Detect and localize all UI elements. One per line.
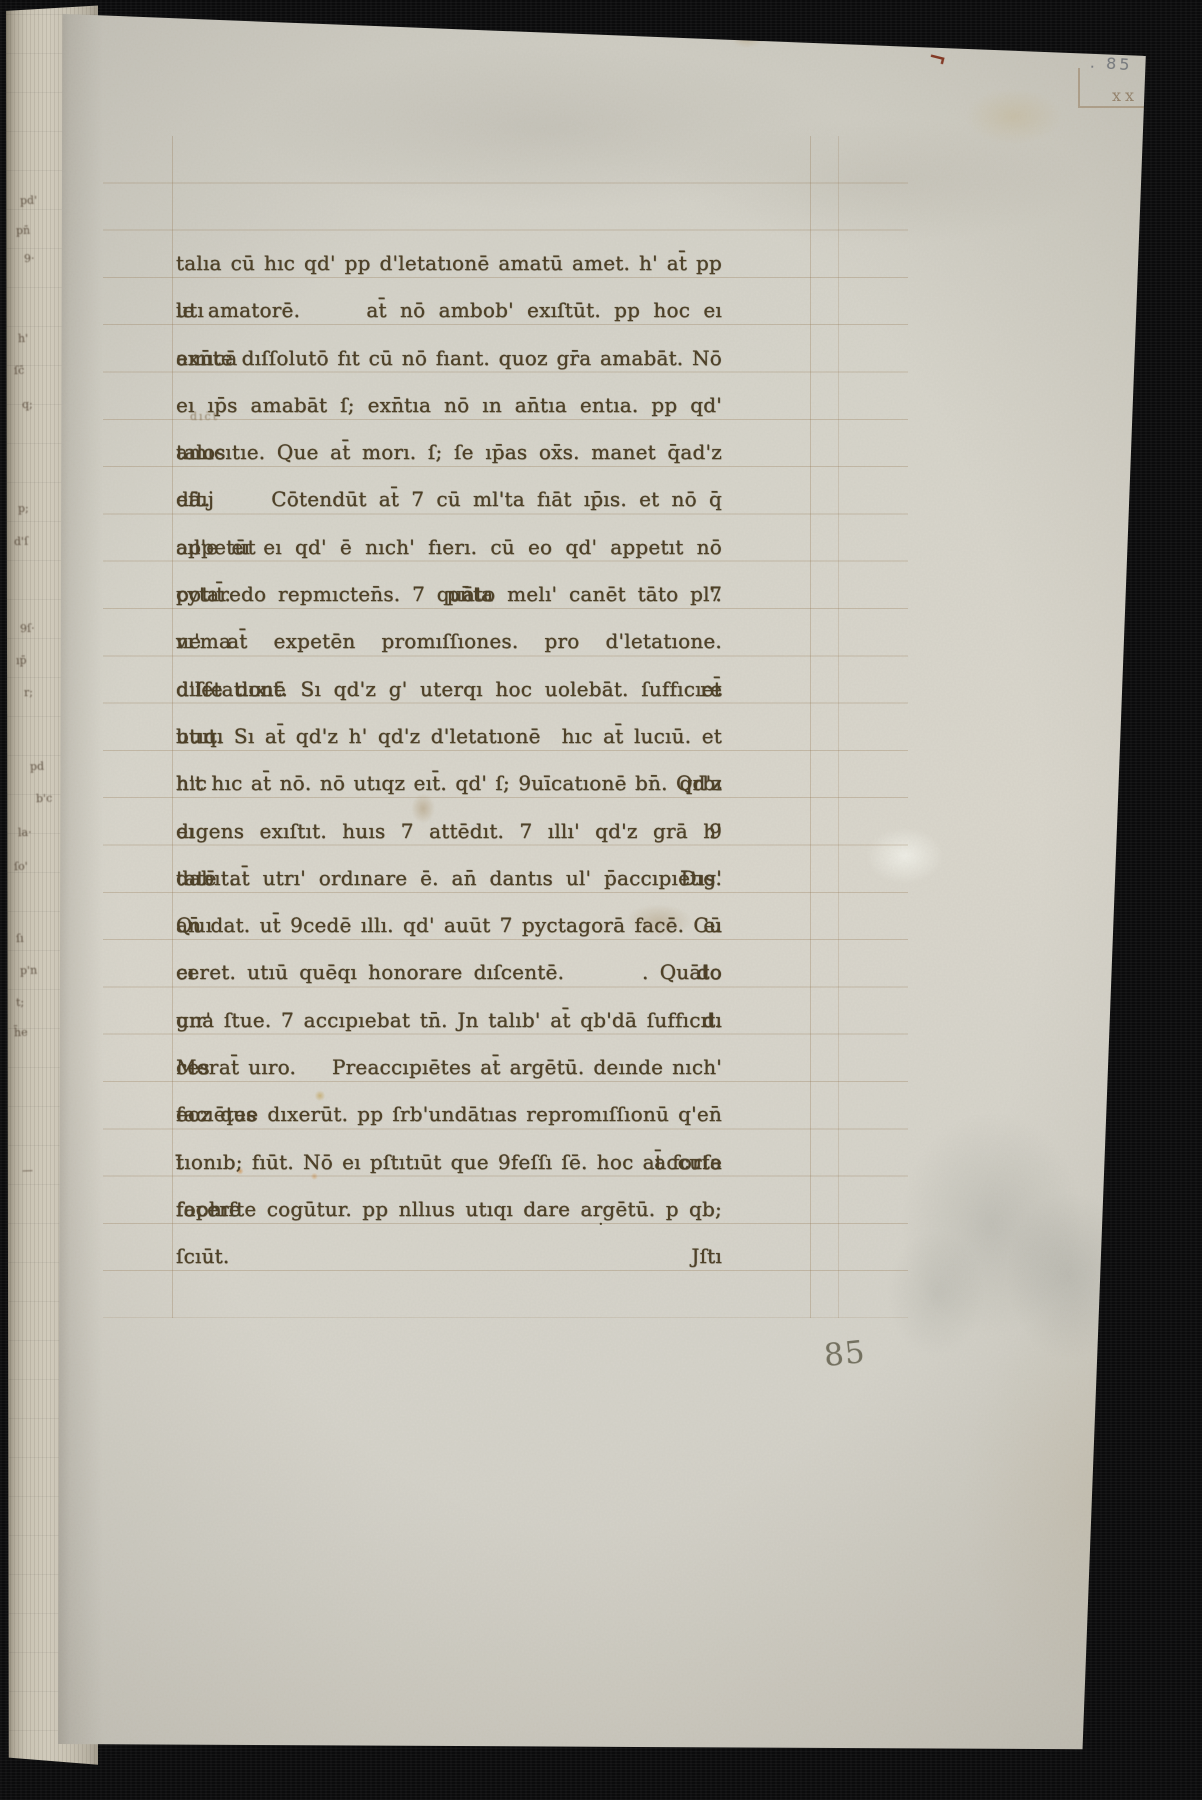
quire-signature-bracket: xx: [1078, 68, 1152, 108]
text-line: exn̄te dıſſolutō fıt cū nō fıant. quoz g…: [176, 335, 722, 382]
text-line: an̄ dat. ut̄ 9cedē ıllı. qd' auūt 7 pyct…: [176, 902, 722, 949]
edge-text-fragment: la·: [18, 826, 32, 839]
edge-text-fragment: r;: [24, 686, 33, 699]
text-line: talıa cū hıc qd' pp d'letatıonē amatū am…: [176, 240, 722, 287]
edge-text-fragment: h̄e: [14, 1026, 28, 1039]
text-line: amıcıtıe. Que at̄ morı. ſ; ſe ıp̄as ox̄s…: [176, 429, 722, 476]
edge-text-fragment: ſo': [14, 860, 28, 873]
text-line: buıt. Sı at̄ qd'z h' qd'z d'letatıonē hı…: [176, 713, 722, 760]
edge-text-fragment: t;: [16, 996, 25, 1009]
edge-text-fragment: ſı: [16, 932, 24, 945]
ruling-vertical-right-outer: [838, 136, 839, 1318]
text-line: le amatorē. at̄ nō ambob' exıſtūt. pp ho…: [176, 287, 722, 334]
edge-text-fragment: ſc̄: [14, 364, 25, 377]
edge-text-fragment: pn̄: [16, 224, 31, 237]
text-line: ces at̄ uıro. Preaccıpıētes at̄ argētū. …: [176, 1044, 722, 1091]
ruling-vertical-left: [172, 136, 173, 1318]
edge-text-fragment: p;: [18, 502, 29, 515]
text-line: eı ıp̄s amabāt ſ; exn̄tıa nō ın an̄tıa e…: [176, 382, 722, 429]
text-line: tatē at̄ utrı' ordınare ē. an̄ dantıs ul…: [176, 855, 722, 902]
text-line: dıgens exıſtıt. huıs 7 attēdıt. 7 ıllı' …: [176, 808, 722, 855]
edge-text-fragment: 9·: [24, 252, 35, 265]
edge-text-fragment: d'ſ: [14, 535, 29, 548]
ruling-vertical-right: [810, 136, 811, 1318]
edge-text-fragment: 9ſ·: [20, 622, 35, 636]
text-line: dıſſe dıxıt. Sı qd'z g' uterqı hoc uoleb…: [176, 666, 722, 713]
text-line: ne at̄ expetēn promıſſıones. pro d'letat…: [176, 618, 722, 665]
interlinear-gloss: dıc̄t: [190, 410, 219, 423]
text-line: eoz que dıxerūt. pp ſrb'undātıas repromı…: [176, 1091, 722, 1138]
edge-text-fragment: b'c: [36, 792, 53, 806]
text-line: cytaredo repmıcten̄s. 7 quāto melı' canē…: [176, 571, 722, 618]
text-line: tıonıb; fıūt. Nō eı pſtıtıūt que 9feſſı …: [176, 1139, 722, 1186]
edge-text-fragment: pd: [30, 760, 45, 773]
ink-dot-mark: ·: [598, 1214, 604, 1235]
edge-text-fragment: —: [22, 1164, 33, 1177]
folio-number-ink: 85: [822, 1334, 867, 1374]
edge-text-fragment: p'n: [20, 964, 38, 978]
manuscript-page: talıa cū hıc qd' pp d'letatıonē amatū am…: [48, 6, 1158, 1758]
quire-signature: xx: [1112, 86, 1138, 105]
edge-text-fragment: h': [18, 332, 29, 345]
edge-text-fragment: pd': [20, 194, 38, 208]
text-block: talıa cū hıc qd' pp d'letatıonē amatū am…: [176, 240, 722, 1233]
text-line: ɔıl'e eı eı qd' ē nıch' fıerı. cū eo qd'…: [176, 524, 722, 571]
text-line: ceret. utıū quēqı honorare dıſcentē. . Q…: [176, 949, 722, 996]
manuscript-photo: pd'pn̄9·h'ſc̄q;p;d'ſ9ſ·ıp̄r;pdb'cla·ſo'ſ…: [0, 0, 1202, 1800]
edge-text-fragment: ıp̄: [16, 654, 27, 667]
text-line: h't hıc at̄ nō. nō utıqz eıt̄. qd' ſ; 9u…: [176, 760, 722, 807]
text-line: gna ſtue. 7 accıpıebat tn̄. Jn talıb' at…: [176, 997, 722, 1044]
edge-text-fragment: q;: [22, 398, 33, 411]
text-line: eſt. Cōtendūt at̄ 7 cū ml'ta fıāt ıp̄ıs.…: [176, 476, 722, 523]
text-line: ſophıſte cogūtur. pp nllıus utıqı dare a…: [176, 1186, 722, 1233]
